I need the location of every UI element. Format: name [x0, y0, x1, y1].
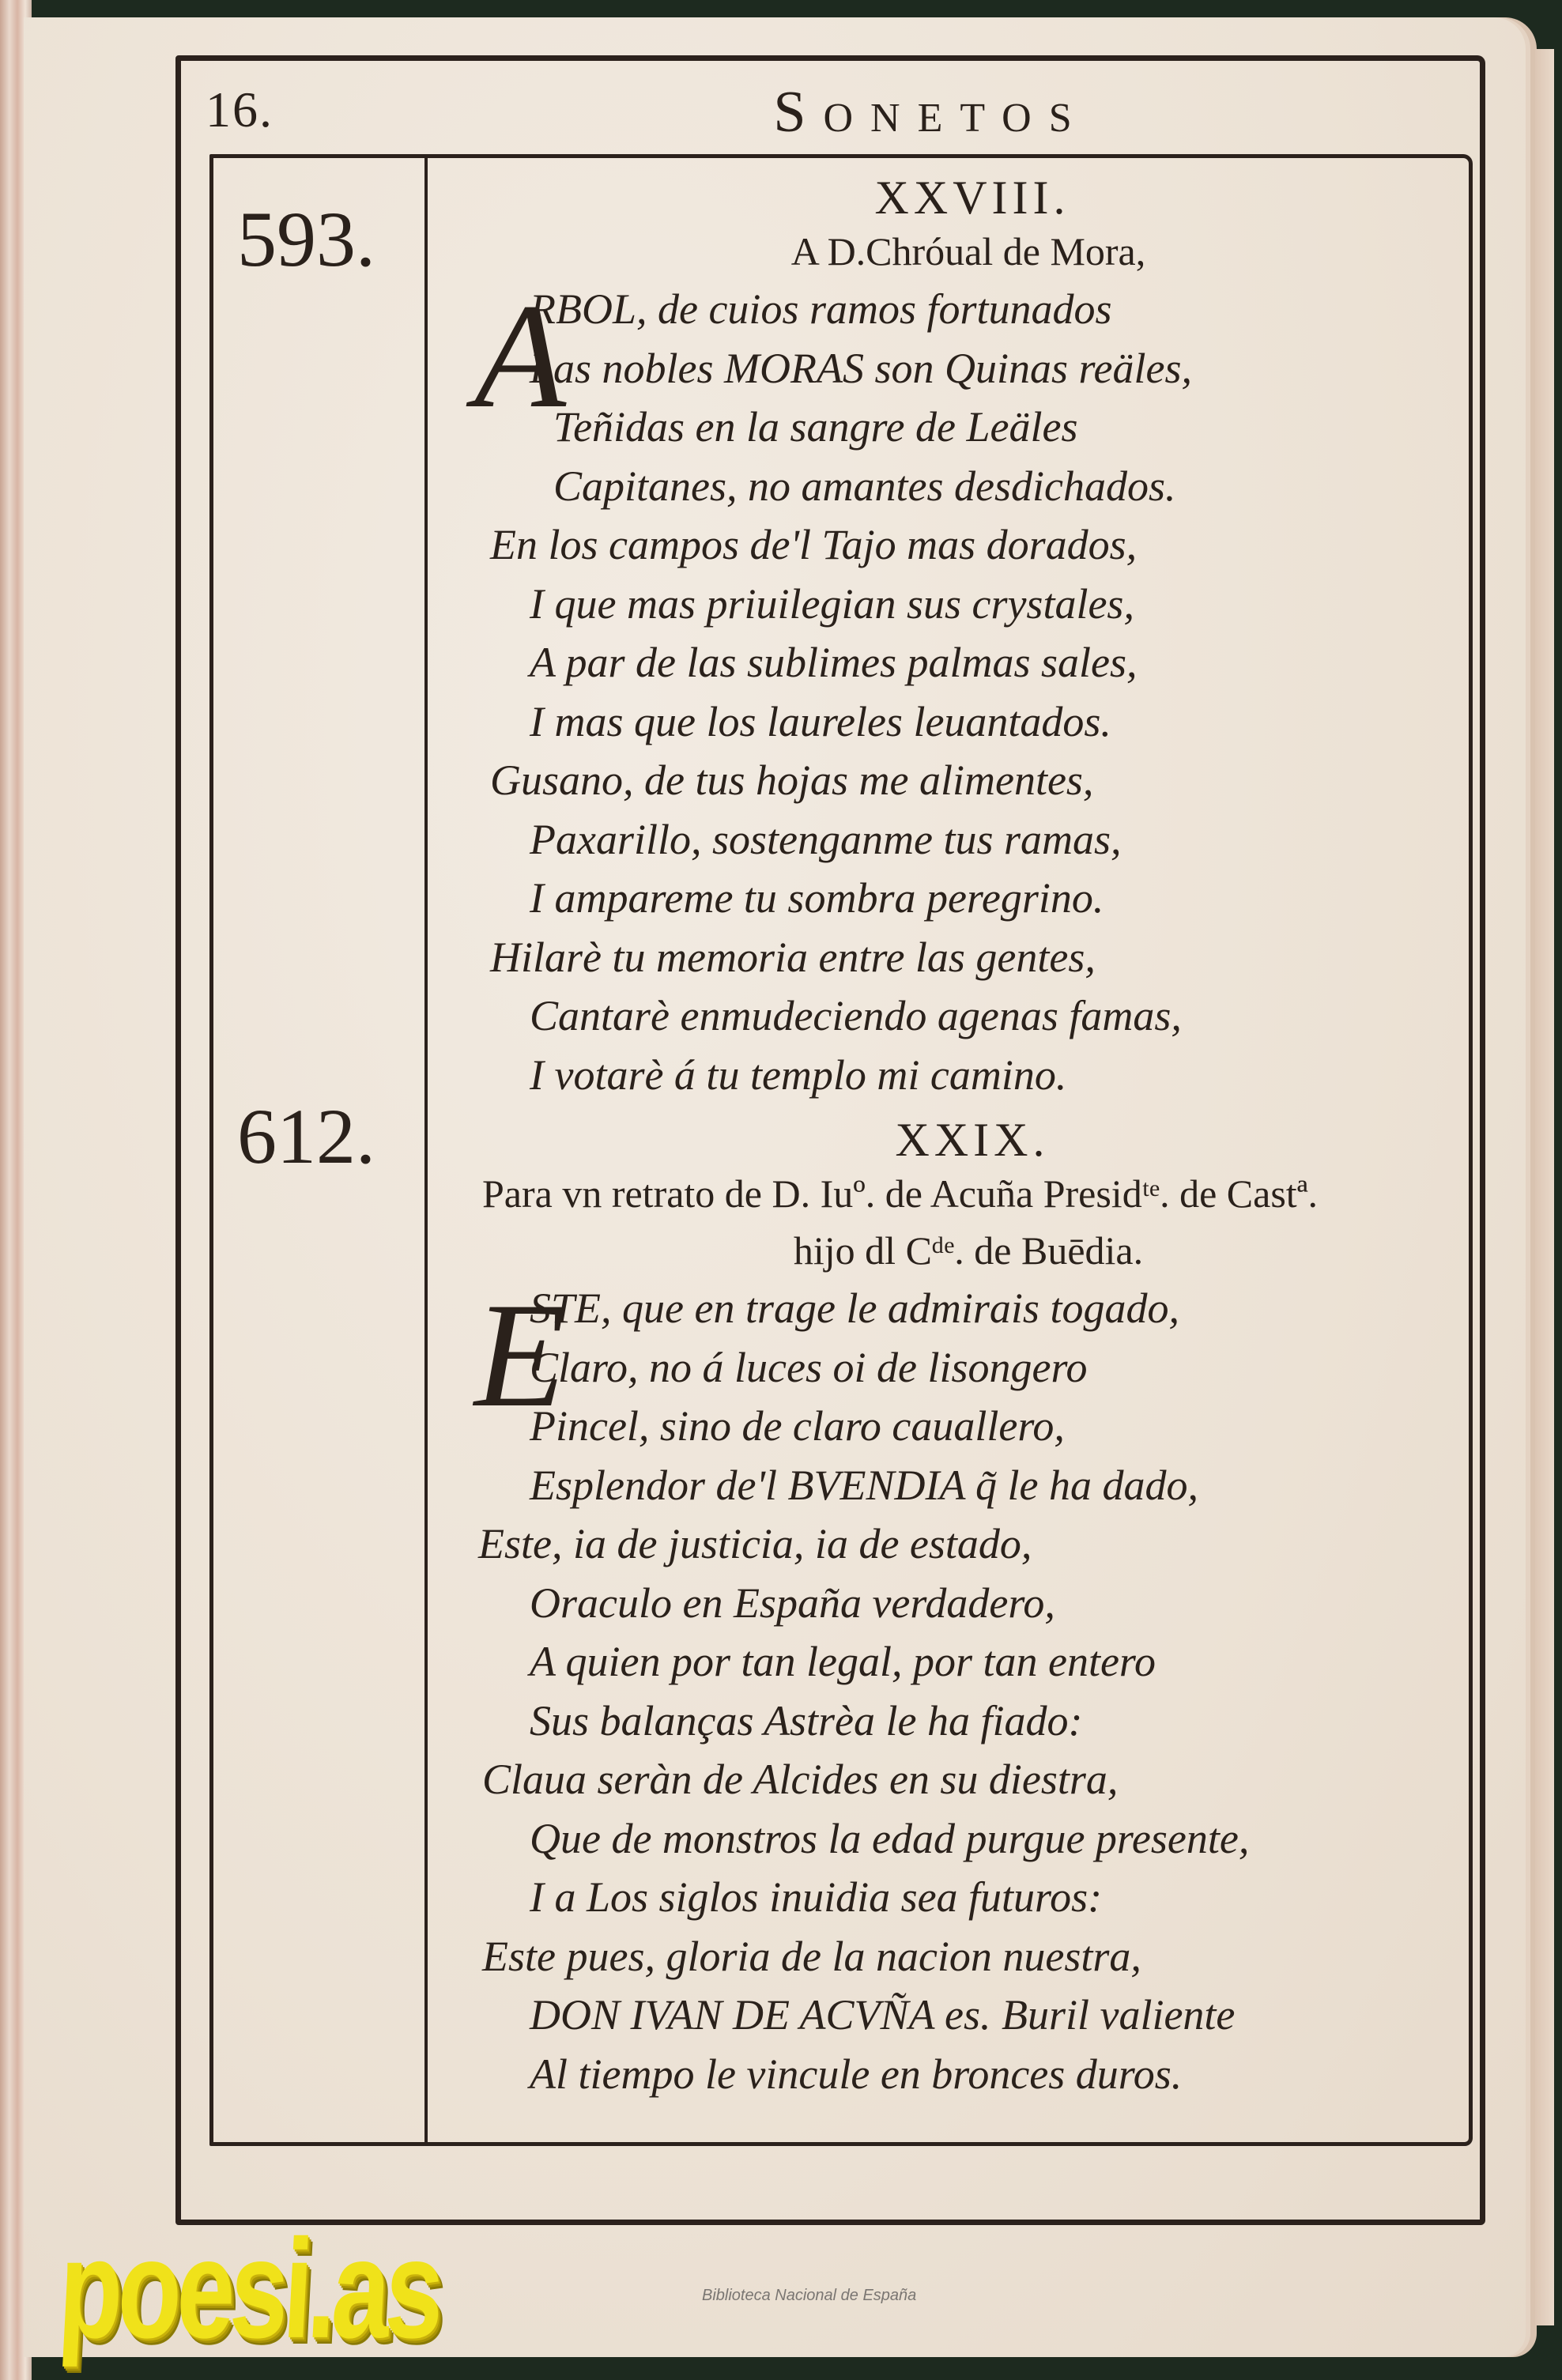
margin-number: 593.	[237, 194, 375, 285]
verse-line: I que mas priuilegian sus crystales,	[443, 575, 1470, 634]
verse-line: Sus balanças Astrèa le ha fiado:	[443, 1692, 1470, 1751]
verse-line: Paxarillo, sostenganme tus ramas,	[443, 810, 1470, 869]
sonnet-numeral: XXVIII.	[443, 172, 1470, 223]
verse-line: I votarè á tu templo mi camino.	[443, 1046, 1470, 1105]
verse-line: Oraculo en España verdadero,	[443, 1574, 1470, 1633]
verse-line: Hilarè tu memoria entre las gentes,	[443, 928, 1470, 987]
sonnet-dedication: A D.Chróual de Mora,	[443, 223, 1470, 280]
verse-line: Este pues, gloria de la nacion nuestra,	[443, 1927, 1470, 1986]
verse-line: Esplendor de'l BVENDIA q̃ le ha dado,	[443, 1456, 1470, 1515]
verse-line: Que de monstros la edad purgue presente,	[443, 1809, 1470, 1869]
margin-number: 612.	[237, 1091, 375, 1182]
verse-line: Teñidas en la sangre de Leäles	[443, 398, 1470, 457]
verse-line: Este, ia de justicia, ia de estado,	[443, 1514, 1470, 1574]
drop-cap: E	[474, 1281, 566, 1431]
verse-line: RBOL, de cuios ramos fortunados	[443, 280, 1470, 339]
verse-line: DON IVAN DE ACVÑA es. Buril valiente	[443, 1986, 1470, 2045]
margin-column-divider	[424, 158, 428, 2146]
verse-line: Gusano, de tus hojas me alimentes,	[443, 751, 1470, 810]
verse-line: En los campos de'l Tajo mas dorados,	[443, 515, 1470, 575]
verse-line: Cantarè enmudeciendo agenas famas,	[443, 986, 1470, 1046]
verse-line: A par de las sublimes palmas sales,	[443, 633, 1470, 692]
verse-line: I a Los siglos inuidia sea futuros:	[443, 1868, 1470, 1927]
verse-line: Capitanes, no amantes desdichados.	[443, 457, 1470, 516]
verse-line: Pincel, sino de claro cauallero,	[443, 1397, 1470, 1456]
verse-line: A quien por tan legal, por tan entero	[443, 1632, 1470, 1692]
verse-line: Al tiempo le vincule en bronces duros.	[443, 2045, 1470, 2104]
verse-line: I mas que los laureles leuantados.	[443, 692, 1470, 752]
sonnet-xxviii: XXVIII. A D.Chróual de Mora, A RBOL, de …	[443, 172, 1470, 1104]
sonnet-dedication: Para vn retrato de D. Iuº. de Acuña Pres…	[443, 1165, 1470, 1222]
verse-line: STE, que en trage le admirais togado,	[443, 1279, 1470, 1338]
verse-line: Claua seràn de Alcides en su diestra,	[443, 1750, 1470, 1809]
sonnet-numeral: XXIX.	[443, 1115, 1470, 1165]
running-head: Sonetos	[0, 79, 1562, 146]
verse-line: I ampareme tu sombra peregrino.	[443, 869, 1470, 928]
sonnet-dedication: hijo dl Cᵈᵉ. de Buēdia.	[443, 1222, 1470, 1279]
poesias-watermark-logo: poesi.as	[55, 2208, 443, 2370]
page-fore-edge	[1535, 49, 1554, 2325]
library-credit: Biblioteca Nacional de España	[702, 2287, 916, 2305]
verse-line: Claro, no á luces oi de lisongero	[443, 1338, 1470, 1397]
drop-cap: A	[474, 281, 566, 432]
sonnet-xxix: XXIX. Para vn retrato de D. Iuº. de Acuñ…	[443, 1115, 1470, 2103]
verse-line: Las nobles MORAS son Quinas reäles,	[443, 339, 1470, 398]
